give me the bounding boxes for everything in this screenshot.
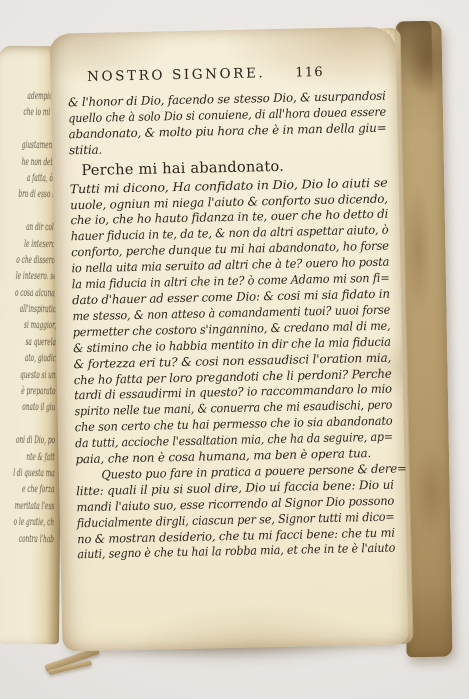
edge-text-fragment: è preparato: [0, 383, 56, 400]
edge-text-fragment: a fatta, ò s: [0, 170, 58, 187]
running-header-title: NOSTRO SIGNORE.: [87, 65, 266, 85]
edge-text-fragment: e che forza: [0, 481, 55, 498]
edge-text-fragment: an dir colo: [0, 219, 57, 236]
edge-text-fragment: l di questa ma: [0, 465, 55, 482]
edge-text-fragment: questo si un: [0, 366, 56, 383]
edge-text-fragment: [0, 202, 57, 219]
edge-text-fragment: nte & fatt: [0, 448, 55, 465]
edge-text-fragment: [0, 415, 55, 432]
edge-text-fragment: o le gratie, ch: [0, 514, 54, 531]
edge-text-fragment: onato il giu: [0, 399, 55, 416]
edge-text-fragment: he non debb: [0, 153, 58, 170]
paragraph-continuation: & l'honor di Dio, facendo se stesso Dio,…: [68, 89, 387, 159]
edge-text-fragment: le intesero. se: [0, 268, 57, 285]
page-text-block: NOSTRO SIGNORE. 116 & l'honor di Dio, fa…: [67, 63, 395, 564]
edge-text-fragment: oni di Dio, po: [0, 432, 55, 449]
edge-text-fragment: che io mi so: [0, 104, 59, 121]
edge-text-fragment: contra l'hab: [0, 530, 54, 547]
edge-text-fragment: o cosa alcuna,: [0, 284, 57, 301]
photo-background: adempiutache io mi sogiustamentehe non d…: [0, 0, 469, 699]
edge-text-fragment: si maggior,: [0, 317, 56, 334]
edge-text-fragment: ato, giudic: [0, 350, 56, 367]
previous-page-text-fragments: adempiutache io mi sogiustamentehe non d…: [0, 88, 59, 548]
edge-text-fragment: sa querela: [0, 334, 56, 351]
page-number: 116: [295, 65, 324, 81]
book-page: NOSTRO SIGNORE. 116 & l'honor di Dio, fa…: [50, 26, 409, 651]
edge-text-fragment: bro di esso la: [0, 186, 58, 203]
edge-text-fragment: o che dissero:: [0, 252, 57, 269]
paragraph-main: Tutti mi dicono, Ha confidato in Dio, Di…: [70, 175, 394, 468]
paragraph-application: Questo puo fare in pratica a pouere pers…: [76, 462, 396, 564]
vellum-tie: [42, 650, 104, 684]
edge-text-fragment: le intesero,: [0, 235, 57, 252]
edge-text-fragment: all'inspiratio: [0, 301, 56, 318]
running-header: NOSTRO SIGNORE. 116: [67, 63, 385, 93]
edge-text-fragment: meritata l'ess: [0, 497, 54, 514]
edge-text-fragment: [0, 120, 58, 137]
edge-text-fragment: giustamente: [0, 137, 58, 154]
